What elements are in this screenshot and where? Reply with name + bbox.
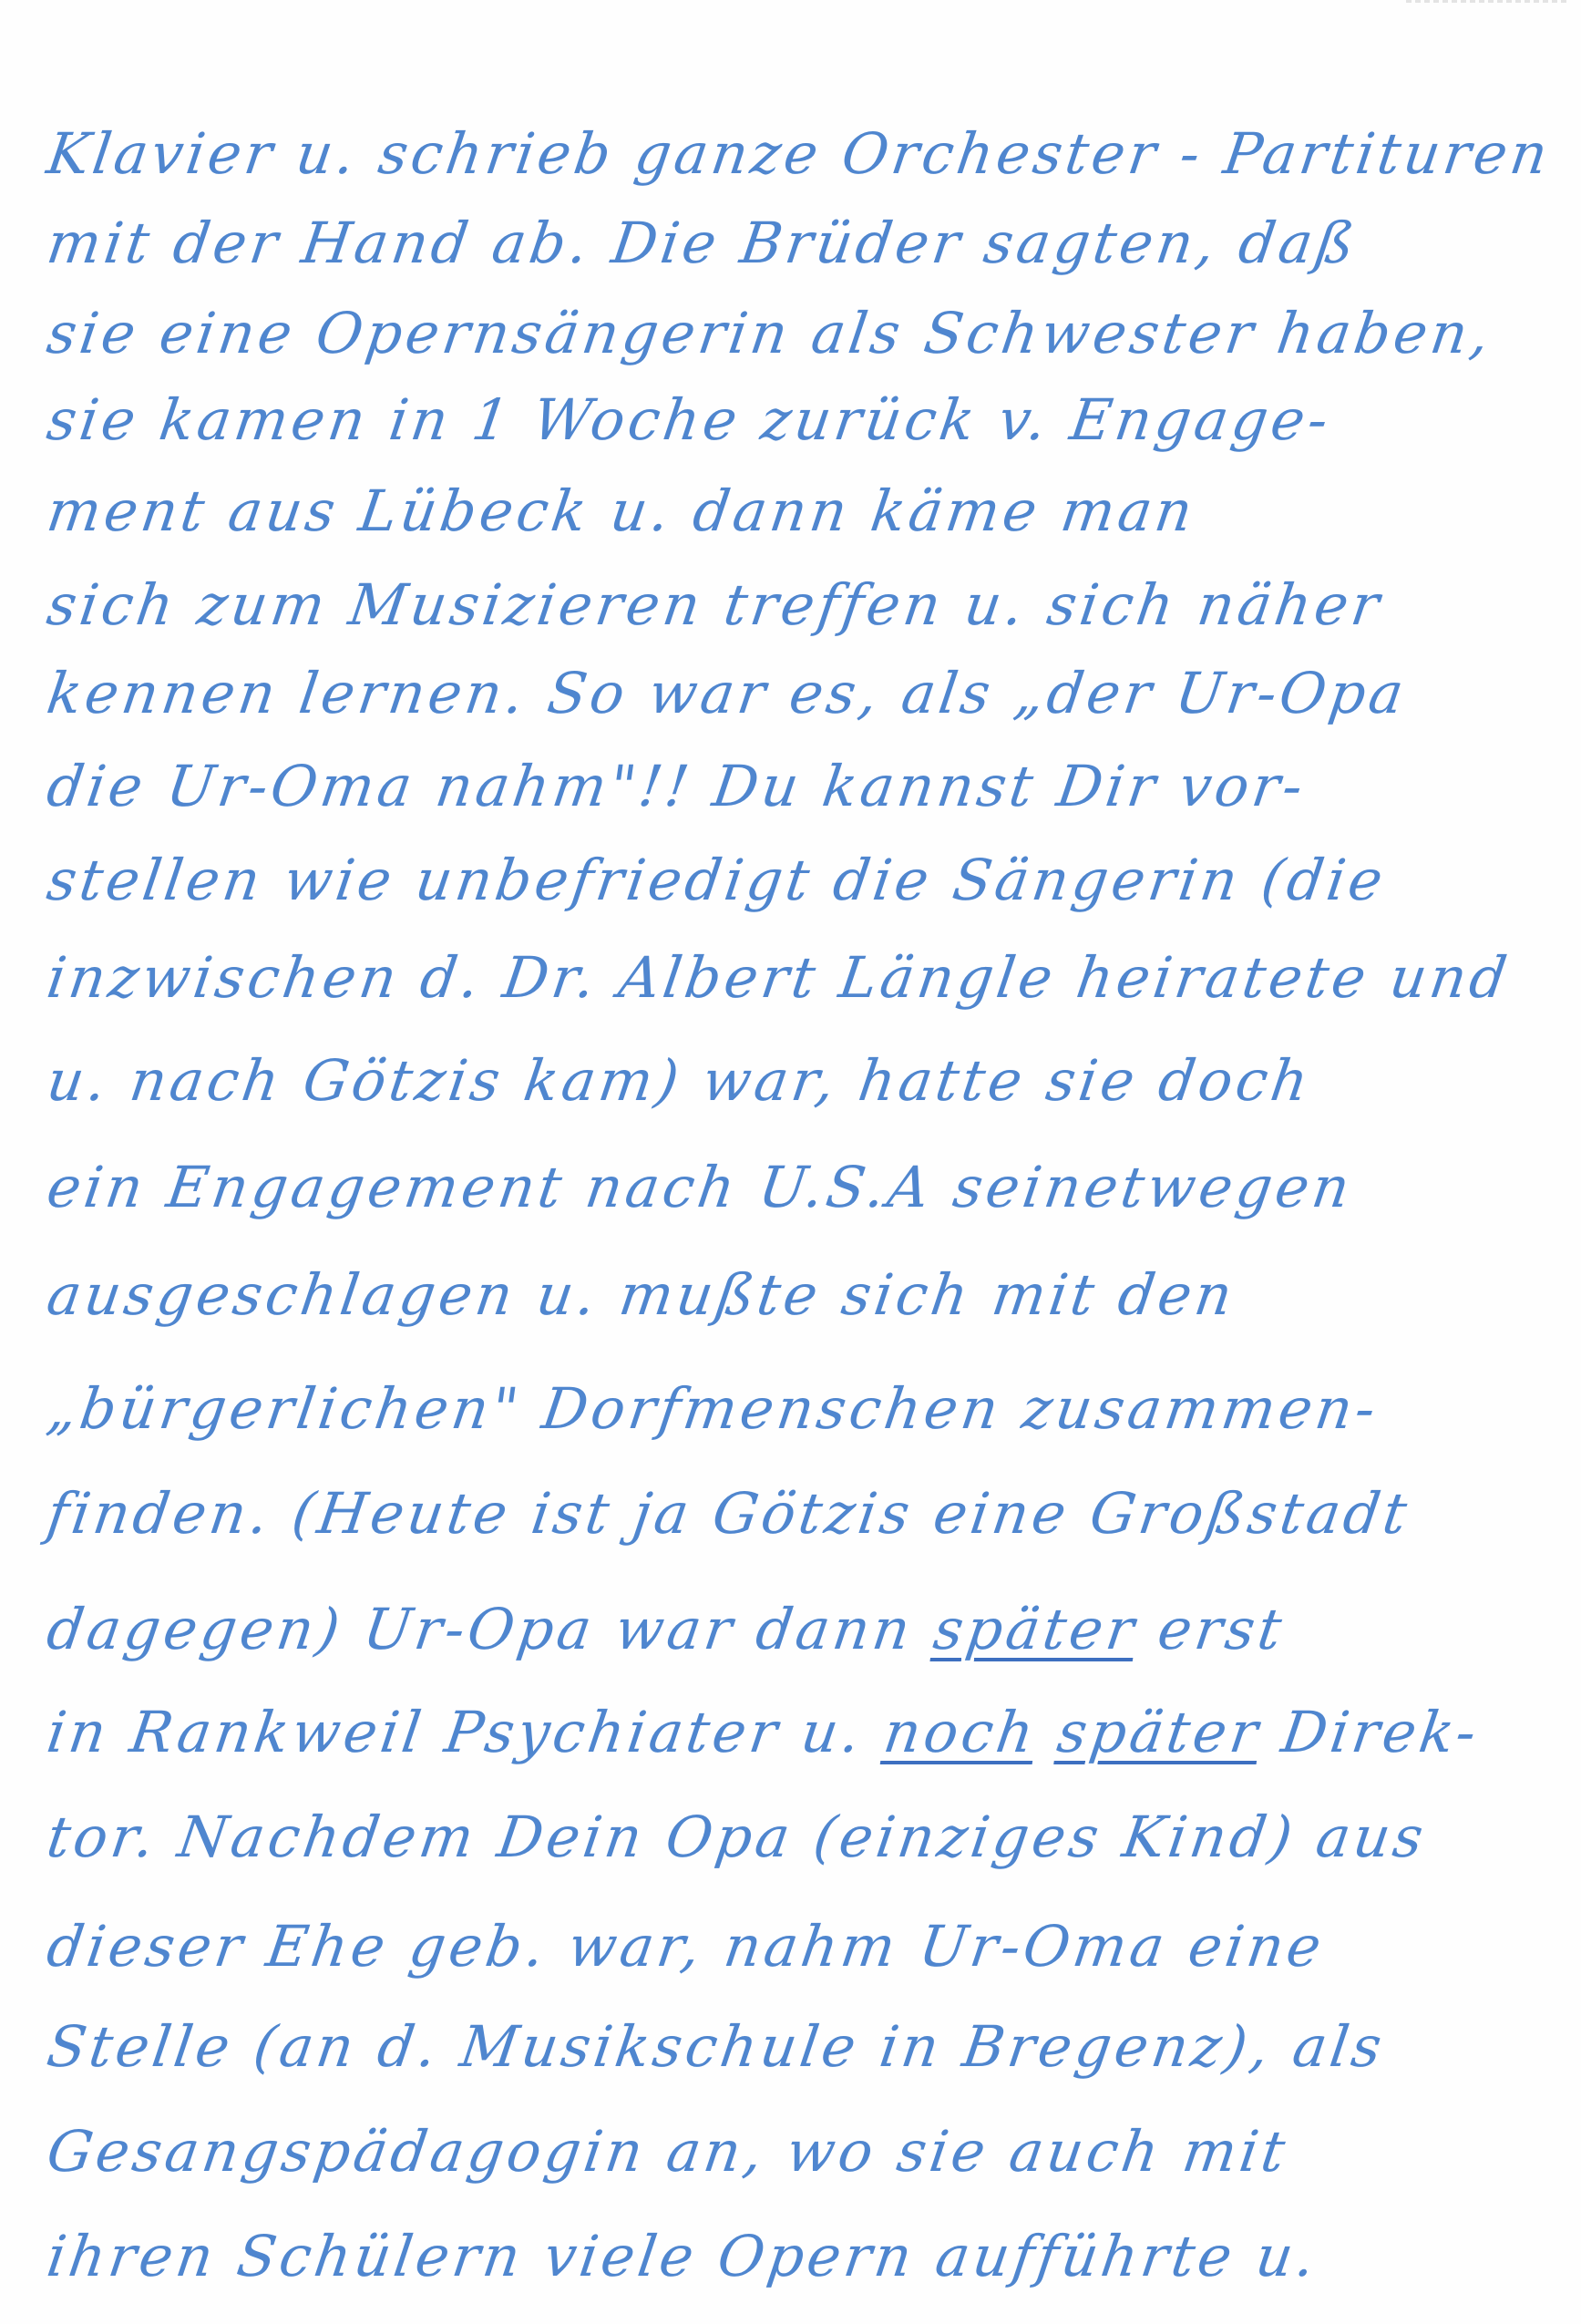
letter-line-13: ausgeschlagen u. mußte sich mit den bbox=[44, 1267, 1555, 1323]
letter-line-2: mit der Hand ab. Die Brüder sagten, daß bbox=[44, 215, 1555, 272]
letter-line-17: in Rankweil Psychiater u. noch später Di… bbox=[44, 1704, 1555, 1761]
letter-line-1: Klavier u. schrieb ganze Orchester - Par… bbox=[44, 126, 1549, 182]
letter-line-16: dagegen) Ur-Opa war dann später erst bbox=[44, 1601, 1555, 1658]
letter-line-22: ihren Schülern viele Opern aufführte u. bbox=[44, 2228, 1555, 2285]
scan-artifact bbox=[1406, 0, 1570, 3]
letter-line-4: sie kamen in 1 Woche zurück v. Engage- bbox=[44, 392, 1555, 448]
letter-line-7: kennen lernen. So war es, als „der Ur-Op… bbox=[44, 665, 1555, 722]
letter-line-10: inzwischen d. Dr. Albert Längle heiratet… bbox=[44, 950, 1555, 1006]
letter-line-8: die Ur-Oma nahm"!! Du kannst Dir vor- bbox=[44, 758, 1555, 815]
letter-line-21: Gesangspädagogin an, wo sie auch mit bbox=[44, 2123, 1555, 2180]
letter-line-18: tor. Nachdem Dein Opa (einziges Kind) au… bbox=[44, 1809, 1555, 1866]
letter-line-3: sie eine Opernsängerin als Schwester hab… bbox=[44, 305, 1555, 362]
letter-line-14: „bürgerlichen" Dorfmenschen zusammen- bbox=[44, 1381, 1555, 1437]
letter-line-5: ment aus Lübeck u. dann käme man bbox=[44, 483, 1555, 540]
letter-page: Klavier u. schrieb ganze Orchester - Par… bbox=[0, 0, 1581, 2324]
letter-line-11: u. nach Götzis kam) war, hatte sie doch bbox=[44, 1053, 1555, 1109]
letter-line-15: finden. (Heute ist ja Götzis eine Großst… bbox=[44, 1486, 1555, 1542]
letter-line-9: stellen wie unbefriedigt die Sängerin (d… bbox=[44, 852, 1555, 909]
letter-line-20: Stelle (an d. Musikschule in Bregenz), a… bbox=[44, 2019, 1555, 2075]
letter-line-12: ein Engagement nach U.S.A seinetwegen bbox=[44, 1159, 1555, 1216]
letter-line-19: dieser Ehe geb. war, nahm Ur-Oma eine bbox=[44, 1918, 1555, 1975]
letter-line-6: sich zum Musizieren treffen u. sich nähe… bbox=[44, 577, 1555, 633]
